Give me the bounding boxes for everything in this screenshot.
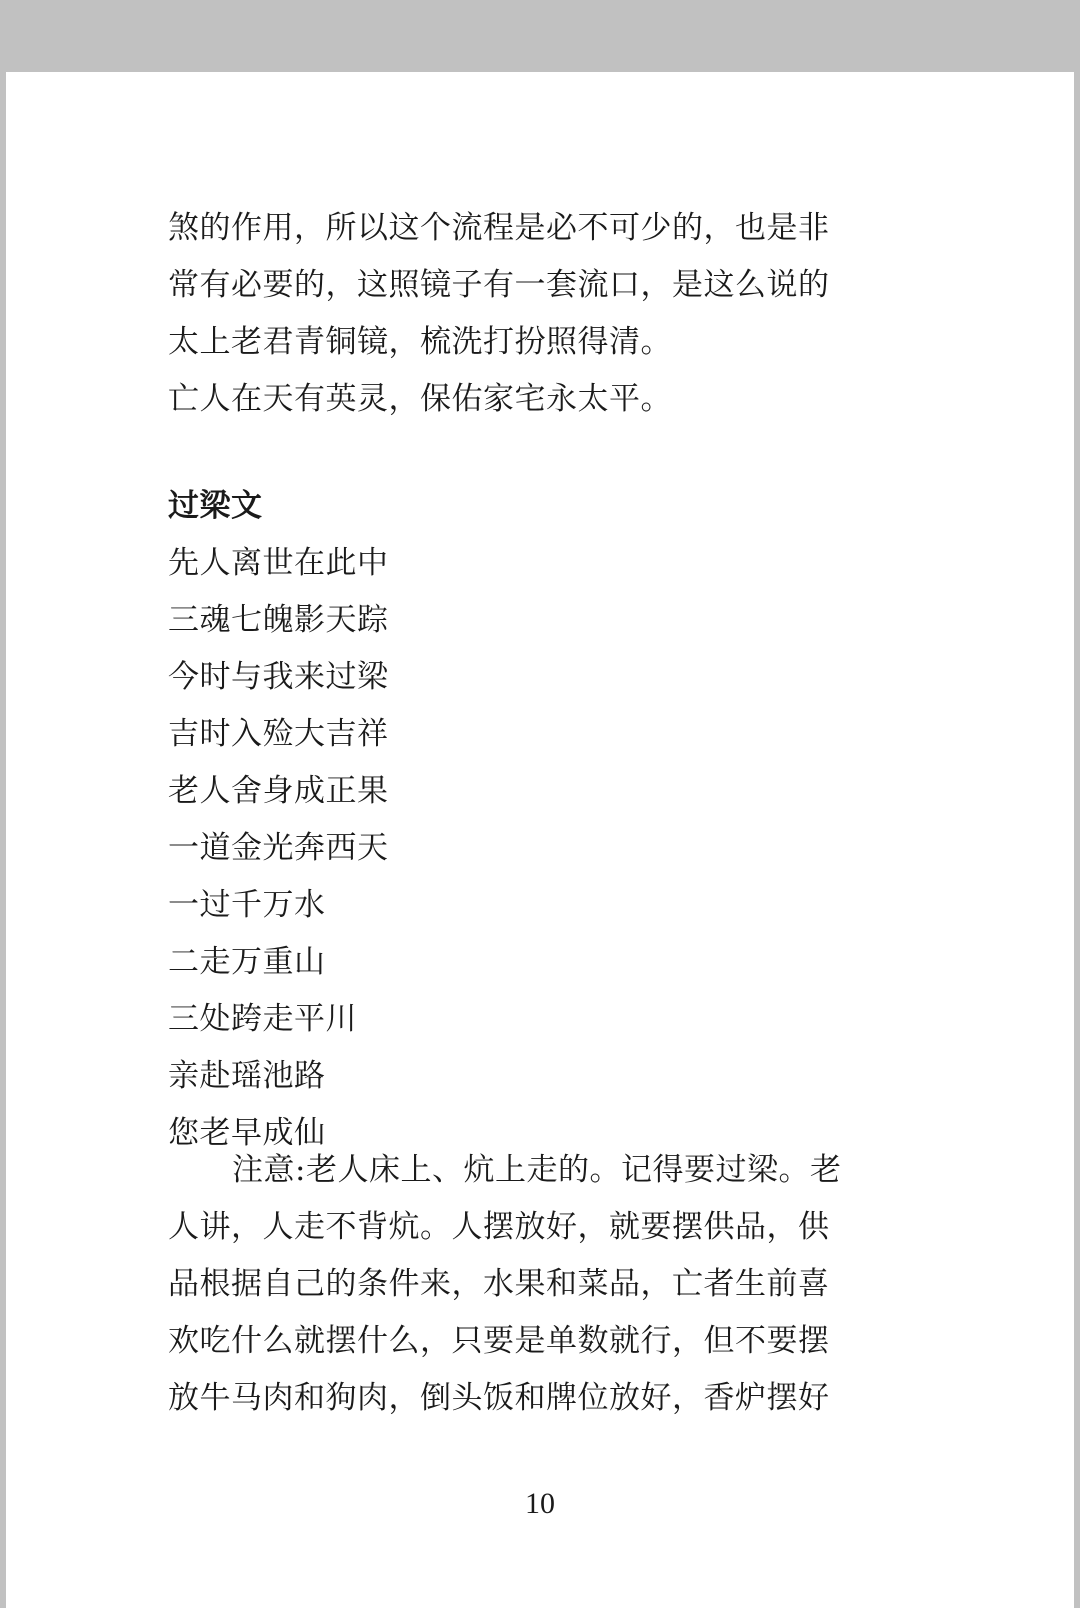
- verse-line: 二走万重山: [168, 934, 888, 991]
- section-heading: 过梁文: [168, 478, 888, 535]
- text-line: 注意:老人床上、炕上走的。记得要过梁。老: [168, 1142, 888, 1199]
- verse-line: 先人离世在此中: [168, 535, 888, 592]
- page-number: 10: [6, 1487, 1074, 1521]
- verse-line: 老人舍身成正果: [168, 763, 888, 820]
- text-line: 常有必要的，这照镜子有一套流口，是这么说的: [168, 257, 888, 314]
- verse-line: 一道金光奔西天: [168, 820, 888, 877]
- text-line: 放牛马肉和狗肉，倒头饭和牌位放好，香炉摆好: [168, 1370, 888, 1427]
- text-line: 欢吃什么就摆什么，只要是单数就行，但不要摆: [168, 1313, 888, 1370]
- text-line: 太上老君青铜镜，梳洗打扮照得清。: [168, 314, 888, 371]
- verse-line: 亲赴瑶池路: [168, 1048, 888, 1105]
- note-paragraph: 注意:老人床上、炕上走的。记得要过梁。老 人讲，人走不背炕。人摆放好，就要摆供品…: [168, 1142, 888, 1427]
- verse-line: 吉时入殓大吉祥: [168, 706, 888, 763]
- text-line: 煞的作用，所以这个流程是必不可少的，也是非: [168, 200, 888, 257]
- verse-line: 三处跨走平川: [168, 991, 888, 1048]
- document-page: 煞的作用，所以这个流程是必不可少的，也是非 常有必要的，这照镜子有一套流口，是这…: [6, 72, 1074, 1608]
- text-line: 品根据自己的条件来，水果和菜品，亡者生前喜: [168, 1256, 888, 1313]
- viewer-top-bar: [0, 0, 1080, 72]
- verse-line: 三魂七魄影天踪: [168, 592, 888, 649]
- verse-line: 今时与我来过梁: [168, 649, 888, 706]
- intro-paragraph: 煞的作用，所以这个流程是必不可少的，也是非 常有必要的，这照镜子有一套流口，是这…: [168, 200, 888, 428]
- text-line: 亡人在天有英灵，保佑家宅永太平。: [168, 371, 888, 428]
- text-line: 人讲，人走不背炕。人摆放好，就要摆供品，供: [168, 1199, 888, 1256]
- verse-line: 一过千万水: [168, 877, 888, 934]
- verse-section: 过梁文 先人离世在此中 三魂七魄影天踪 今时与我来过梁 吉时入殓大吉祥 老人舍身…: [168, 478, 888, 1162]
